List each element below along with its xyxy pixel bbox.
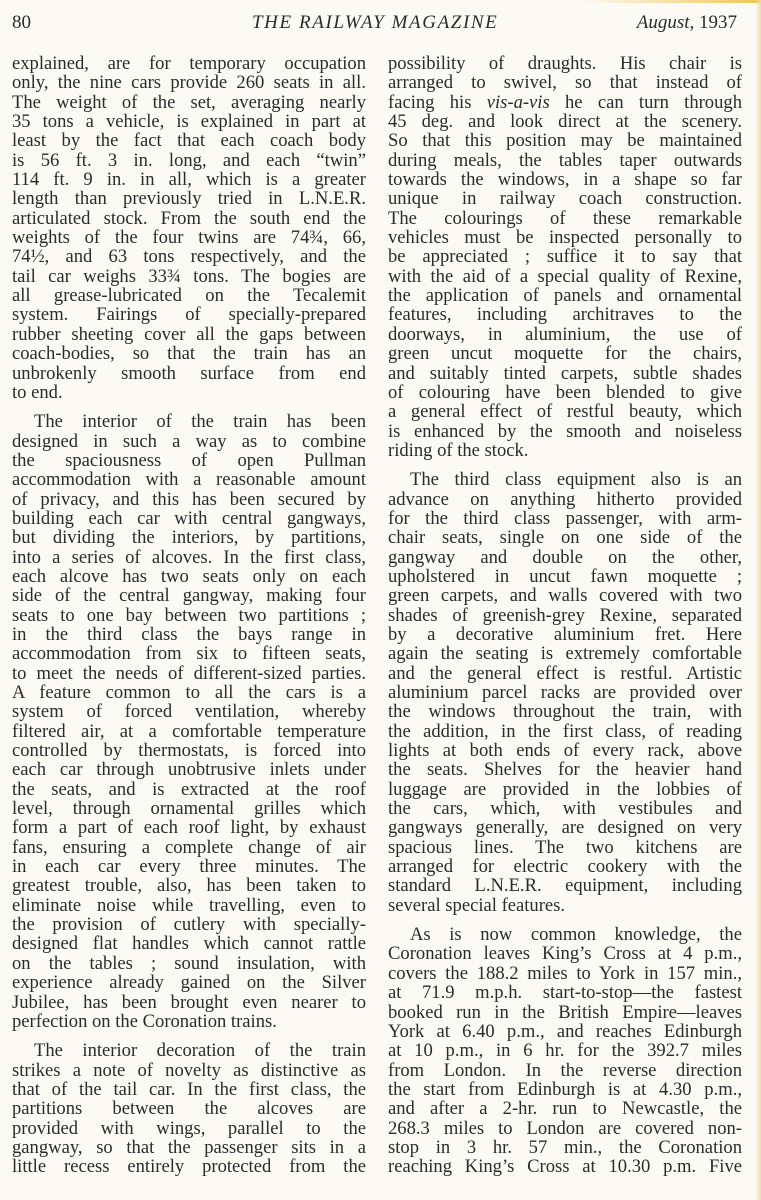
running-title: THE RAILWAY MAGAZINE [252,12,498,34]
text-line: that of the tail car. In the first class… [12,1080,366,1099]
issue-year: 1937 [699,12,737,33]
text-line: explained, are for temporary occupation [12,54,366,73]
text-line: for the third class passenger, with arm- [388,509,742,528]
paragraph: The interior of the train has beendesign… [12,412,366,1031]
text-line: reaching King’s Cross at 10.30 p.m. Five [388,1157,742,1176]
text-line: weights of the four twins are 74¾, 66, [12,228,366,247]
text-line: The interior decoration of the train [12,1041,366,1060]
text-line: The weight of the set, averaging nearly [12,93,366,112]
text-line: is enhanced by the smooth and noiseless [388,422,742,441]
text-line: features, including architraves to the [388,305,742,324]
text-line: upholstered in uncut fawn moquette ; [388,567,742,586]
text-line: only, the nine cars provide 260 seats in… [12,73,366,92]
text-line: the cars, which, with vestibules and [388,799,742,818]
text-line: As is now common knowledge, the [388,925,742,944]
text-line: possibility of draughts. His chair is [388,54,742,73]
text-line: all grease-lubricated on the Tecalemit [12,286,366,305]
text-line: at 10 p.m., in 6 hr. for the 392.7 miles [388,1041,742,1060]
text-line: fans, ensuring a complete change of air [12,838,366,857]
text-line: riding of the stock. [388,441,742,460]
text-line: 114 ft. 9 in. in all, which is a greater [12,170,366,189]
text-line: gangways generally, are designed on very [388,818,742,837]
text-line: gangway and double on the other, [388,548,742,567]
issue-date: August, 1937 [637,12,737,34]
text-line: 74½, and 63 tons respectively, and the [12,247,366,266]
text-line: length than previously tried in L.N.E.R. [12,189,366,208]
text-line: partitions between the alcoves are [12,1099,366,1118]
text-line: The third class equipment also is an [388,470,742,489]
text-line: green uncut moquette for the chairs, [388,344,742,363]
text-line: the addition, in the first class, of rea… [388,722,742,741]
issue-month: August, [637,12,695,33]
text-line: the windows throughout the train, with [388,702,742,721]
text-line: experience already gained on the Silver [12,973,366,992]
text-line: with the aid of a special quality of Rex… [388,267,742,286]
text-line: aluminium parcel racks are provided over [388,683,742,702]
text-line: Jubilee, has been brought even nearer to [12,993,366,1012]
text-line: gangway, so that the passenger sits in a [12,1138,366,1157]
text-line: The interior of the train has been [12,412,366,431]
text-line: The colourings of these remarkable [388,209,742,228]
text-line: rubber sheeting cover all the gaps betwe… [12,325,366,344]
paragraph: possibility of draughts. His chair isarr… [388,54,742,460]
text-line: accommodation with a reasonable amount [12,470,366,489]
text-line: eliminate noise while travelling, even t… [12,896,366,915]
text-line: strikes a note of novelty as distinctive… [12,1061,366,1080]
text-line: the application of panels and ornamental [388,286,742,305]
text-line: York at 6.40 p.m., and reaches Edinburgh [388,1022,742,1041]
text-line: stop in 3 hr. 57 min., the Coronation [388,1138,742,1157]
page-number: 80 [12,12,31,34]
text-line: doorways, in aluminium, the use of [388,325,742,344]
text-line: unique in railway coach construction. [388,189,742,208]
text-line: but dividing the interiors, by partition… [12,528,366,547]
text-line: system. Fairings of specially-prepared [12,305,366,324]
text-line: arranged for electric cookery with the [388,857,742,876]
text-column-right: possibility of draughts. His chair isarr… [388,54,742,1177]
text-line: articulated stock. From the south end th… [12,209,366,228]
text-line: covers the 188.2 miles to York in 157 mi… [388,964,742,983]
text-line: and after a 2-hr. run to Newcastle, the [388,1099,742,1118]
text-line: perfection on the Coronation trains. [12,1012,366,1031]
text-line: at 71.9 m.p.h. start-to-stop—the fastest [388,983,742,1002]
italic-term: vis-a-vis [487,92,550,113]
page-edge-top [581,0,761,3]
text-line: least by the fact that each coach body [12,131,366,150]
text-line: seats to one bay between two partitions … [12,606,366,625]
text-line: to meet the needs of different-sized par… [12,664,366,683]
text-line: level, through ornamental grilles which [12,799,366,818]
text-column-left: explained, are for temporary occupationo… [12,54,366,1177]
text-line: towards the windows, in a shape so far [388,170,742,189]
text-line: again the seating is extremely comfortab… [388,644,742,663]
text-line: several special features. [388,896,742,915]
text-line: to end. [12,383,366,402]
text-line: the seats. Shelves for the heavier hand [388,760,742,779]
text-line: filtered air, at a comfortable temperatu… [12,722,366,741]
text-line: and the general effect is restful. Artis… [388,664,742,683]
text-line: greatest trouble, also, has been taken t… [12,876,366,895]
text-line: standard L.N.E.R. equipment, including [388,876,742,895]
text-line: by a decorative aluminium fret. Here [388,625,742,644]
text-line: So that this position may be maintained [388,131,742,150]
text-line: provided with wings, parallel to the [12,1119,366,1138]
text-line: building each car with central gangways, [12,509,366,528]
text-line: 45 deg. and look direct at the scenery. [388,112,742,131]
text-line: the start from Edinburgh is at 4.30 p.m.… [388,1080,742,1099]
text-line: and suitably tinted carpets, subtle shad… [388,364,742,383]
text-line: arranged to swivel, so that instead of [388,73,742,92]
text-line: 268.3 miles to London are covered non- [388,1119,742,1138]
text-line: shades of greenish-grey Rexine, separate… [388,606,742,625]
text-line: coach-bodies, so that the train has an [12,344,366,363]
text-line: spacious lines. The two kitchens are [388,838,742,857]
text-line: A feature common to all the cars is a [12,683,366,702]
text-line: system of forced ventilation, whereby [12,702,366,721]
text-line: Coronation leaves King’s Cross at 4 p.m.… [388,944,742,963]
text-line: of privacy, and this has been secured by [12,490,366,509]
text-line: during meals, the tables taper outwards [388,151,742,170]
page-edge-right [755,0,761,1200]
text-line: chair seats, single on one side of the [388,528,742,547]
text-line: each alcove has two seats only on each [12,567,366,586]
text-line: designed in such a way as to combine [12,432,366,451]
text-line: luggage are provided in the lobbies of [388,780,742,799]
paragraph: As is now common knowledge, theCoronatio… [388,925,742,1176]
text-line: unbrokenly smooth surface from end [12,364,366,383]
text-line: little recess entirely protected from th… [12,1157,366,1176]
text-line: is 56 ft. 3 in. long, and each “twin” [12,151,366,170]
text-line: booked run in the British Empire—leaves [388,1003,742,1022]
text-line: the seats, and is extracted at the roof [12,780,366,799]
text-line: a general effect of restful beauty, whic… [388,402,742,421]
text-line: vehicles must be inspected personally to [388,228,742,247]
text-line: from London. In the reverse direction [388,1061,742,1080]
text-line: of colouring have been blended to give [388,383,742,402]
page-header: 80 THE RAILWAY MAGAZINE August, 1937 [0,10,761,36]
text-line: in each car every three minutes. The [12,857,366,876]
text-line: each car through unobtrusive inlets unde… [12,760,366,779]
text-line: into a series of alcoves. In the first c… [12,548,366,567]
paragraph: explained, are for temporary occupationo… [12,54,366,402]
text-line: advance on anything hitherto provided [388,490,742,509]
text-line: accommodation from six to fifteen seats, [12,644,366,663]
text-line: designed flat handles which cannot rattl… [12,934,366,953]
text-line: controlled by thermostats, is forced int… [12,741,366,760]
text-line: 35 tons a vehicle, is explained in part … [12,112,366,131]
paragraph: The third class equipment also is anadva… [388,470,742,915]
text-line: the provision of cutlery with specially- [12,915,366,934]
text-line: green carpets, and walls covered with tw… [388,586,742,605]
text-line: on the tables ; sound insulation, with [12,954,366,973]
text-line: form a part of each roof light, by exhau… [12,818,366,837]
text-line: side of the central gangway, making four [12,586,366,605]
text-line: in the third class the bays range in [12,625,366,644]
text-line: the spaciousness of open Pullman [12,451,366,470]
text-line: be appreciated ; suffice it to say that [388,247,742,266]
paragraph: The interior decoration of the trainstri… [12,1041,366,1176]
text-line: lights at both ends of every rack, above [388,741,742,760]
text-line: facing his vis-a-vis he can turn through [388,93,742,112]
text-line: tail car weighs 33¾ tons. The bogies are [12,267,366,286]
